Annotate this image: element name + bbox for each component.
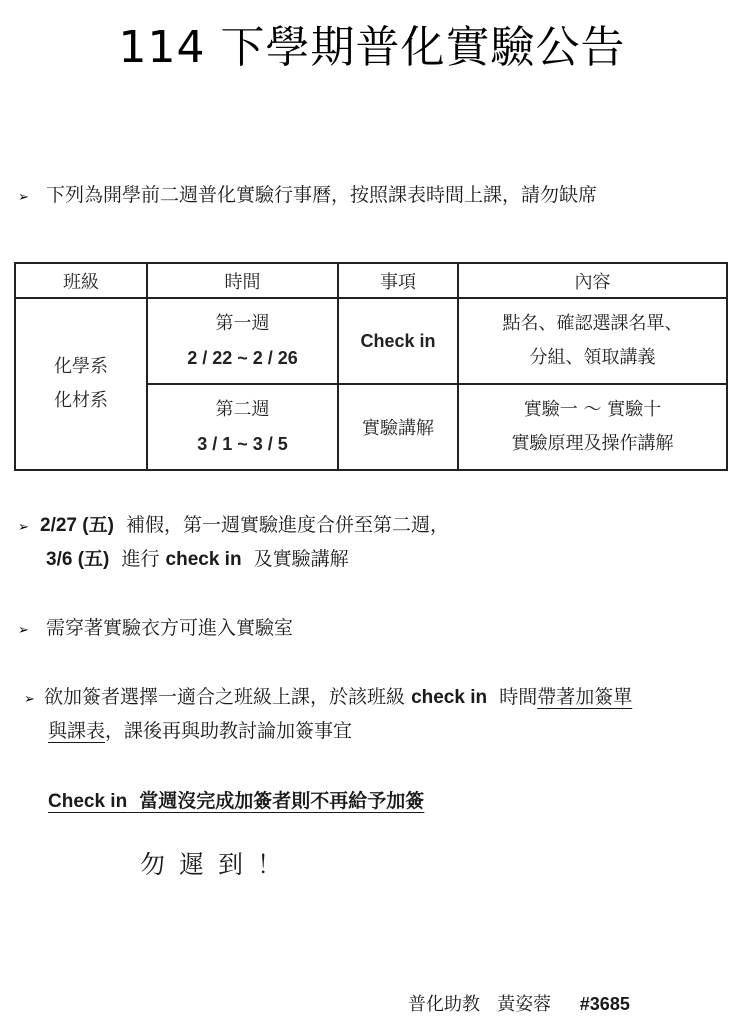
time-cell: 第二週 3 / 1 ~ 3 / 5 [147, 384, 338, 470]
add-course-rule: Check in 當週沒完成加簽者則不再給予加簽 [48, 784, 424, 819]
signature-ext: #3685 [580, 994, 630, 1014]
header-time: 時間 [147, 263, 338, 298]
header-item: 事項 [338, 263, 458, 298]
class-chemmat: 化材系 [16, 384, 146, 418]
page-title: 114 下學期普化實驗公告 [0, 18, 744, 78]
arrow-bullet-icon: ➢ [18, 181, 40, 215]
intro-note: ➢ 下列為開學前二週普化實驗行事曆，按照課表時間上課，請勿缺席 [18, 178, 597, 215]
arrow-bullet-icon: ➢ [18, 614, 40, 648]
text: Check in [48, 791, 127, 812]
signature-name: 黃姿蓉 [497, 994, 551, 1015]
week-label: 第二週 [148, 393, 337, 427]
text: check in [411, 687, 487, 708]
no-late-warning: 勿遲到！ [140, 845, 296, 881]
content-line: 實驗一 ～ 實驗十 [459, 393, 726, 427]
text: 欲加簽者選擇一適合之班級上課，於該班級 [44, 686, 405, 708]
table-row: 化學系 化材系 第一週 2 / 22 ~ 2 / 26 Check in 點名、… [15, 298, 727, 384]
labcoat-text: 需穿著實驗衣方可進入實驗室 [46, 617, 293, 639]
add-course-note: ➢欲加簽者選擇一適合之班級上課，於該班級 check in 時間帶著加簽單 [24, 680, 632, 717]
arrow-bullet-icon: ➢ [24, 683, 44, 717]
holiday-note-2: 3/6 (五) 進行 check in 及實驗講解 [46, 542, 349, 577]
date-range: 2 / 22 ~ 2 / 26 [148, 341, 337, 375]
header-content: 內容 [458, 263, 727, 298]
date-range: 3 / 1 ~ 3 / 5 [148, 427, 337, 461]
intro-text: 下列為開學前二週普化實驗行事曆，按照課表時間上課，請勿缺席 [46, 184, 597, 206]
holiday-date: 2/27 (五) [40, 515, 114, 536]
checkin-date: 3/6 (五) [46, 549, 109, 570]
signature: 普化助教 黃姿蓉 #3685 [408, 990, 630, 1016]
holiday-note: ➢2/27 (五) 補假，第一週實驗進度合併至第二週， [18, 508, 449, 545]
time-cell: 第一週 2 / 22 ~ 2 / 26 [147, 298, 338, 384]
content-cell: 點名、確認選課名單、 分組、領取講義 [458, 298, 727, 384]
arrow-bullet-icon: ➢ [18, 511, 40, 545]
signature-role: 普化助教 [408, 994, 480, 1015]
item-cell: 實驗講解 [338, 384, 458, 470]
underlined-text: 帶著加簽單 [537, 686, 632, 708]
text: 及實驗講解 [254, 548, 349, 570]
content-line: 實驗原理及操作講解 [459, 427, 726, 461]
header-class: 班級 [15, 263, 147, 298]
text: 當週沒完成加簽者則不再給予加簽 [139, 791, 424, 812]
class-cell: 化學系 化材系 [15, 298, 147, 470]
item-cell: Check in [338, 298, 458, 384]
week-label: 第一週 [148, 307, 337, 341]
underlined-text: 與課表 [48, 720, 105, 742]
class-chem: 化學系 [16, 350, 146, 384]
text: 時間 [499, 686, 537, 708]
holiday-text: 補假，第一週實驗進度合併至第二週， [126, 514, 449, 536]
schedule-table: 班級 時間 事項 內容 化學系 化材系 第一週 2 / 22 ~ 2 / 26 … [14, 262, 728, 471]
text: ，課後再與助教討論加簽事宜 [105, 720, 352, 742]
labcoat-note: ➢ 需穿著實驗衣方可進入實驗室 [18, 611, 293, 648]
content-line: 點名、確認選課名單、 [459, 307, 726, 341]
content-cell: 實驗一 ～ 實驗十 實驗原理及操作講解 [458, 384, 727, 470]
text: 進行 [121, 548, 159, 570]
add-course-note-2: 與課表，課後再與助教討論加簽事宜 [48, 714, 352, 748]
text: check in [166, 549, 242, 570]
content-line: 分組、領取講義 [459, 341, 726, 375]
